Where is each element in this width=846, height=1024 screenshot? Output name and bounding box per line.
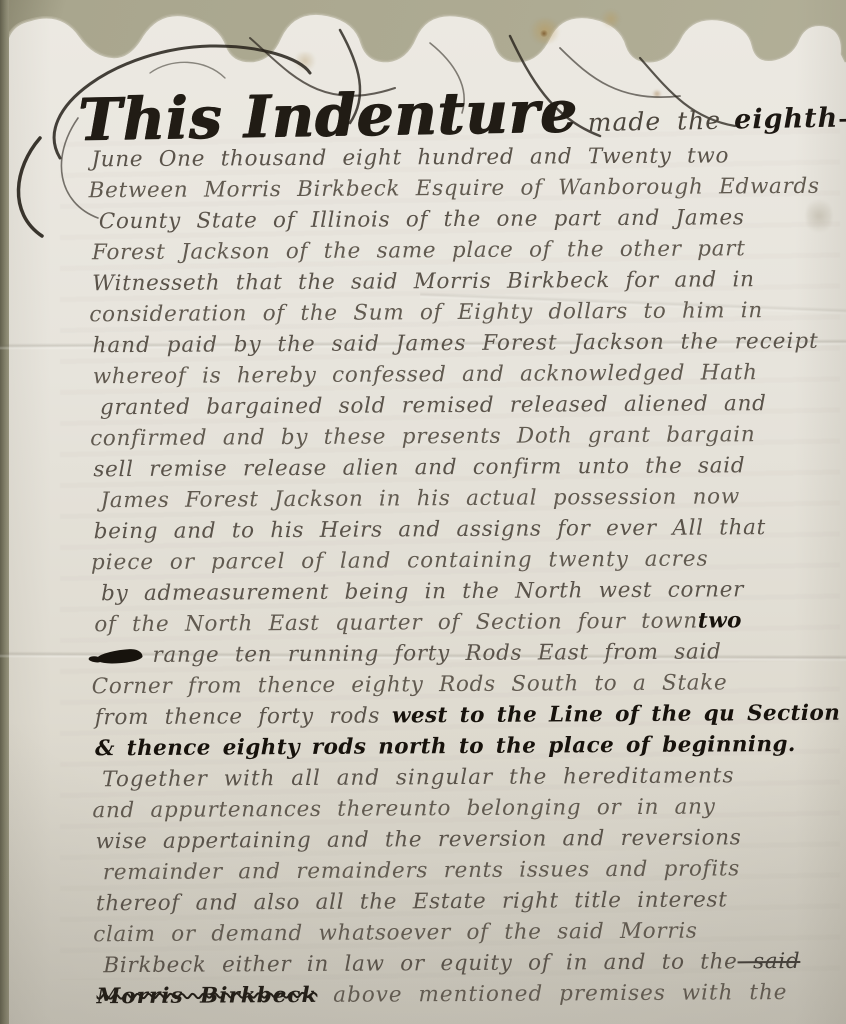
handwritten-text: June One thousand eight hundred and Twen… bbox=[91, 143, 729, 172]
text-line: range ten running forty Rods East from s… bbox=[94, 636, 834, 672]
text-line: sell remise release alien and confirm un… bbox=[93, 450, 833, 486]
text-line: Morris Birkbeck above mentioned premises… bbox=[96, 977, 836, 1013]
handwritten-text: by admeasurement being in the North west… bbox=[101, 577, 744, 606]
handwritten-text: wise appertaining and the reversion and … bbox=[96, 825, 742, 854]
text-line: of the North East quarter of Section fou… bbox=[94, 605, 834, 641]
text-line: & thence eighty rods north to the place … bbox=[95, 729, 835, 765]
text-line: Together with all and singular the hered… bbox=[102, 760, 842, 796]
handwritten-text: confirmed and by these presents Doth gra… bbox=[90, 422, 755, 451]
text-line: County State of Illinois of the one part… bbox=[99, 202, 839, 238]
text-line: hand paid by the said James Forest Jacks… bbox=[92, 326, 832, 362]
handwritten-text: Together with all and singular the hered… bbox=[102, 763, 734, 792]
text-line: from thence forty rods west to the Line … bbox=[95, 698, 835, 734]
text-line: consideration of the Sum of Eighty dolla… bbox=[89, 295, 829, 331]
text-line: thereof and also all the Estate right ti… bbox=[96, 884, 836, 920]
text-line: claim or demand whatsoever of the said M… bbox=[93, 915, 833, 951]
title-dash: — bbox=[838, 103, 846, 132]
text-line: piece or parcel of land containing twent… bbox=[91, 543, 831, 579]
text-line: granted bargained sold remised released … bbox=[100, 388, 840, 424]
handwritten-text: whereof is hereby confessed and acknowle… bbox=[93, 360, 758, 389]
ink-blot bbox=[96, 647, 143, 664]
handwritten-text: Forest Jackson of the same place of the … bbox=[92, 236, 746, 265]
title-day-word: eighth bbox=[734, 103, 839, 136]
text-line: Witnesseth that the said Morris Birkbeck… bbox=[92, 264, 832, 300]
handwritten-text: remainder and remainders rents issues an… bbox=[103, 856, 740, 885]
handwritten-text: claim or demand whatsoever of the said M… bbox=[93, 919, 698, 948]
handwritten-text: & thence eighty rods north to the place … bbox=[95, 732, 796, 761]
text-line: James Forest Jackson in his actual posse… bbox=[100, 481, 840, 517]
handwritten-text: of the North East quarter of Section fou… bbox=[94, 609, 698, 638]
handwritten-text: hand paid by the said James Forest Jacks… bbox=[93, 329, 819, 358]
handwritten-text: Between Morris Birkbeck Esquire of Wanbo… bbox=[89, 174, 820, 203]
text-line: whereof is hereby confessed and acknowle… bbox=[93, 357, 833, 393]
text-line: June One thousand eight hundred and Twen… bbox=[91, 140, 831, 176]
handwritten-text: sell remise release alien and confirm un… bbox=[93, 453, 745, 482]
handwritten-text: consideration of the Sum of Eighty dolla… bbox=[89, 298, 763, 327]
text-line: and appurtenances thereunto belonging or… bbox=[92, 791, 832, 827]
title-made-text: made the bbox=[588, 106, 722, 137]
handwritten-text: two bbox=[698, 608, 742, 633]
handwritten-text: range ten running forty Rods East from s… bbox=[152, 639, 721, 667]
text-line: Corner from thence eighty Rods South to … bbox=[92, 667, 832, 703]
handwritten-text: County State of Illinois of the one part… bbox=[99, 205, 745, 234]
handwritten-text: piece or parcel of land containing twent… bbox=[91, 547, 709, 576]
handwritten-text: above mentioned premises with the bbox=[317, 980, 787, 1008]
text-line: Between Morris Birkbeck Esquire of Wanbo… bbox=[89, 171, 829, 207]
text-line: Forest Jackson of the same place of the … bbox=[92, 233, 832, 269]
handwritten-text: Morris Birkbeck bbox=[96, 983, 317, 1009]
text-line: by admeasurement being in the North west… bbox=[101, 574, 841, 610]
handwritten-text: west to the Line of the qu Section bbox=[380, 701, 840, 729]
book-binding-edge bbox=[0, 0, 9, 1024]
handwritten-text: granted bargained sold remised released … bbox=[100, 391, 767, 420]
text-line: confirmed and by these presents Doth gra… bbox=[90, 419, 830, 455]
handwritten-text: James Forest Jackson in his actual posse… bbox=[100, 484, 740, 513]
handwritten-text: said bbox=[737, 949, 800, 974]
text-line: wise appertaining and the reversion and … bbox=[96, 822, 836, 858]
body-lines: June One thousand eight hundred and Twen… bbox=[91, 140, 836, 1013]
handwritten-text: Witnesseth that the said Morris Birkbeck… bbox=[92, 267, 755, 296]
text-line: being and to his Heirs and assigns for e… bbox=[94, 512, 834, 548]
handwritten-text: Corner from thence eighty Rods South to … bbox=[92, 670, 728, 699]
handwritten-text: Birkbeck either in law or equity of in a… bbox=[103, 949, 737, 978]
text-line: Birkbeck either in law or equity of in a… bbox=[103, 946, 843, 982]
handwritten-text: thereof and also all the Estate right ti… bbox=[96, 887, 728, 916]
text-line: remainder and remainders rents issues an… bbox=[103, 853, 843, 889]
handwritten-text: and appurtenances thereunto belonging or… bbox=[92, 794, 715, 823]
handwritten-text: from thence forty rods bbox=[95, 704, 380, 731]
handwritten-text: being and to his Heirs and assigns for e… bbox=[94, 515, 766, 544]
